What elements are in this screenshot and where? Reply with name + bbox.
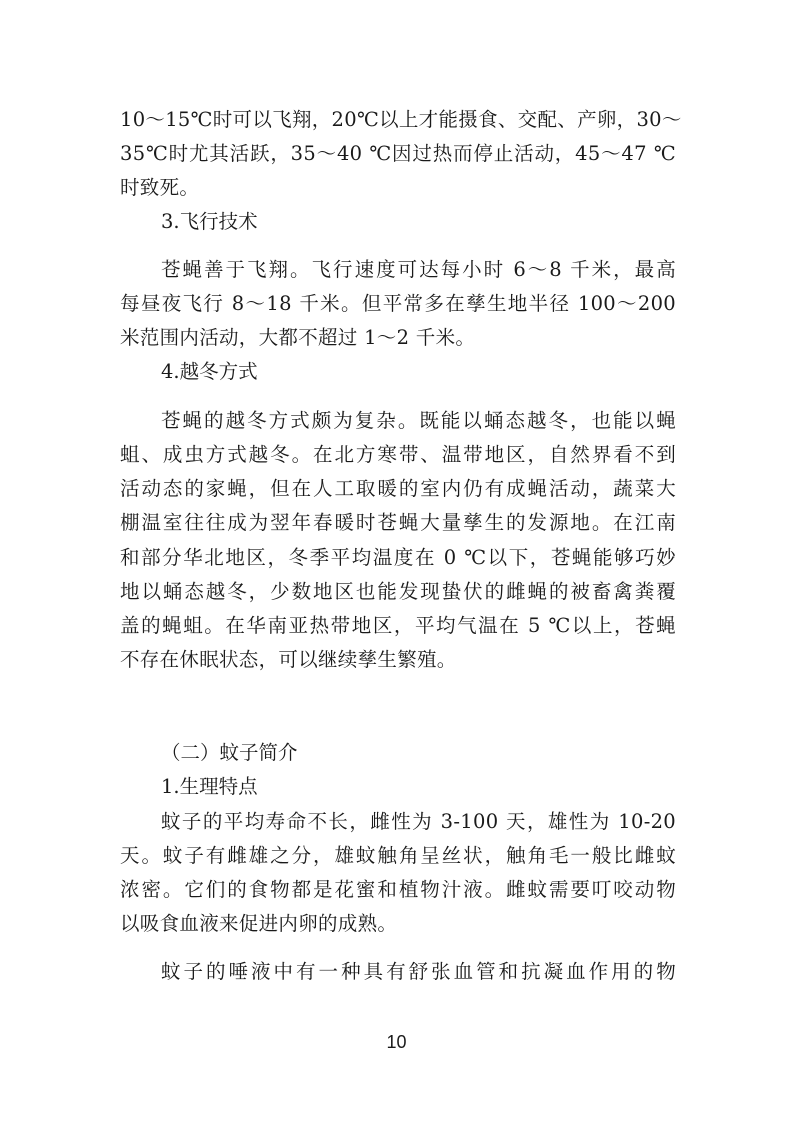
- text-line: 苍蝇的越冬方式颇为复杂。既能以蛹态越冬，也能以蝇: [161, 409, 676, 433]
- text-line: 浓密。它们的食物都是花蜜和植物汁液。雌蚊需要叮咬动物: [120, 878, 676, 902]
- text-line: 10～15℃时可以飞翔，20℃以上才能摄食、交配、产卵，30～: [120, 108, 676, 132]
- text-line: 每昼夜飞行 8～18 千米。但平常多在孳生地半径 100～200: [120, 292, 676, 316]
- text-line: 天。蚊子有雌雄之分，雄蚊触角呈丝状，触角毛一般比雌蚊: [120, 844, 676, 868]
- subheading-flight: 3.飞行技术: [161, 210, 258, 234]
- text-line: 蚊子的平均寿命不长，雌性为 3-100 天，雄性为 10-20: [161, 810, 676, 834]
- text-line: 苍蝇善于飞翔。飞行速度可达每小时 6～8 千米，最高: [161, 258, 676, 282]
- text-line: 不存在休眠状态，可以继续孳生繁殖。: [120, 648, 676, 672]
- text-line: 35℃时尤其活跃，35～40 ℃因过热而停止活动，45～47 ℃: [120, 142, 676, 166]
- text-line: 活动态的家蝇，但在人工取暖的室内仍有成蝇活动，蔬菜大: [120, 477, 676, 501]
- text-line: 时致死。: [120, 176, 676, 200]
- text-line: 盖的蝇蛆。在华南亚热带地区，平均气温在 5 ℃以上，苍蝇: [120, 614, 676, 638]
- page-number: 10: [0, 1032, 793, 1053]
- text-line: 和部分华北地区，冬季平均温度在 0 ℃以下，苍蝇能够巧妙: [120, 546, 676, 570]
- text-line: 蚊子的唾液中有一种具有舒张血管和抗凝血作用的物: [161, 960, 676, 984]
- text-line: 以吸食血液来促进内卵的成熟。: [120, 912, 676, 936]
- subheading-physiology: 1.生理特点: [161, 775, 258, 799]
- text-line: 蛆、成虫方式越冬。在北方寒带、温带地区，自然界看不到: [120, 443, 676, 467]
- text-line: 地以蛹态越冬，少数地区也能发现蛰伏的雌蝇的被畜禽粪覆: [120, 580, 676, 604]
- section-heading-mosquito: （二）蚊子简介: [161, 741, 298, 765]
- subheading-overwinter: 4.越冬方式: [161, 360, 258, 384]
- text-line: 米范围内活动，大都不超过 1～2 千米。: [120, 326, 676, 350]
- text-line: 棚温室往往成为翌年春暖时苍蝇大量孳生的发源地。在江南: [120, 511, 676, 535]
